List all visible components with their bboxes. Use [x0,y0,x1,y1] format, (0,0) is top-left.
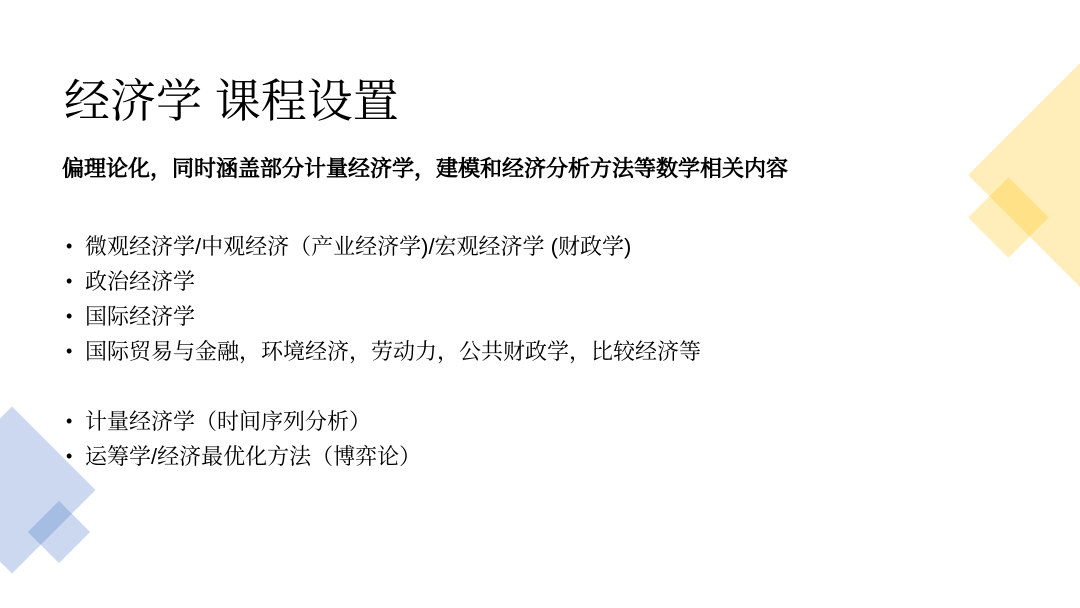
decor-diamond-blue-small [28,501,90,563]
list-item: • 国际贸易与金融，环境经济，劳动力，公共财政学，比较经济等 [64,334,701,369]
bullet-dot: • [66,229,72,264]
bullet-list: • 微观经济学/中观经济（产业经济学)/宏观经济学 (财政学) • 政治经济学 … [64,229,701,474]
list-item-text: 国际经济学 [85,304,195,329]
bullet-dot: • [66,404,72,439]
list-item: • 计量经济学（时间序列分析） [64,404,701,439]
list-item-text: 运筹学/经济最优化方法（博弈论） [85,444,421,469]
list-item-text: 微观经济学/中观经济（产业经济学)/宏观经济学 (财政学) [85,234,631,259]
decor-diamond-yellow-small [968,177,1049,258]
list-item: • 微观经济学/中观经济（产业经济学)/宏观经济学 (财政学) [64,229,701,264]
bullet-group-gap [64,369,701,404]
list-item: • 运筹学/经济最优化方法（博弈论） [64,439,701,474]
list-item-text: 国际贸易与金融，环境经济，劳动力，公共财政学，比较经济等 [85,339,701,364]
list-item: • 政治经济学 [64,264,701,299]
slide-canvas: 经济学 课程设置 偏理论化，同时涵盖部分计量经济学，建模和经济分析方法等数学相关… [0,0,1080,608]
list-item: • 国际经济学 [64,299,701,334]
decor-diamond-yellow-large [968,25,1080,325]
list-item-text: 计量经济学（时间序列分析） [85,409,371,434]
bullet-dot: • [66,299,72,334]
bullet-dot: • [66,264,72,299]
list-item-text: 政治经济学 [85,269,195,294]
bullet-dot: • [66,439,72,474]
bullet-dot: • [66,334,72,369]
slide-subtitle: 偏理论化，同时涵盖部分计量经济学，建模和经济分析方法等数学相关内容 [62,155,788,183]
slide-title: 经济学 课程设置 [64,75,399,127]
